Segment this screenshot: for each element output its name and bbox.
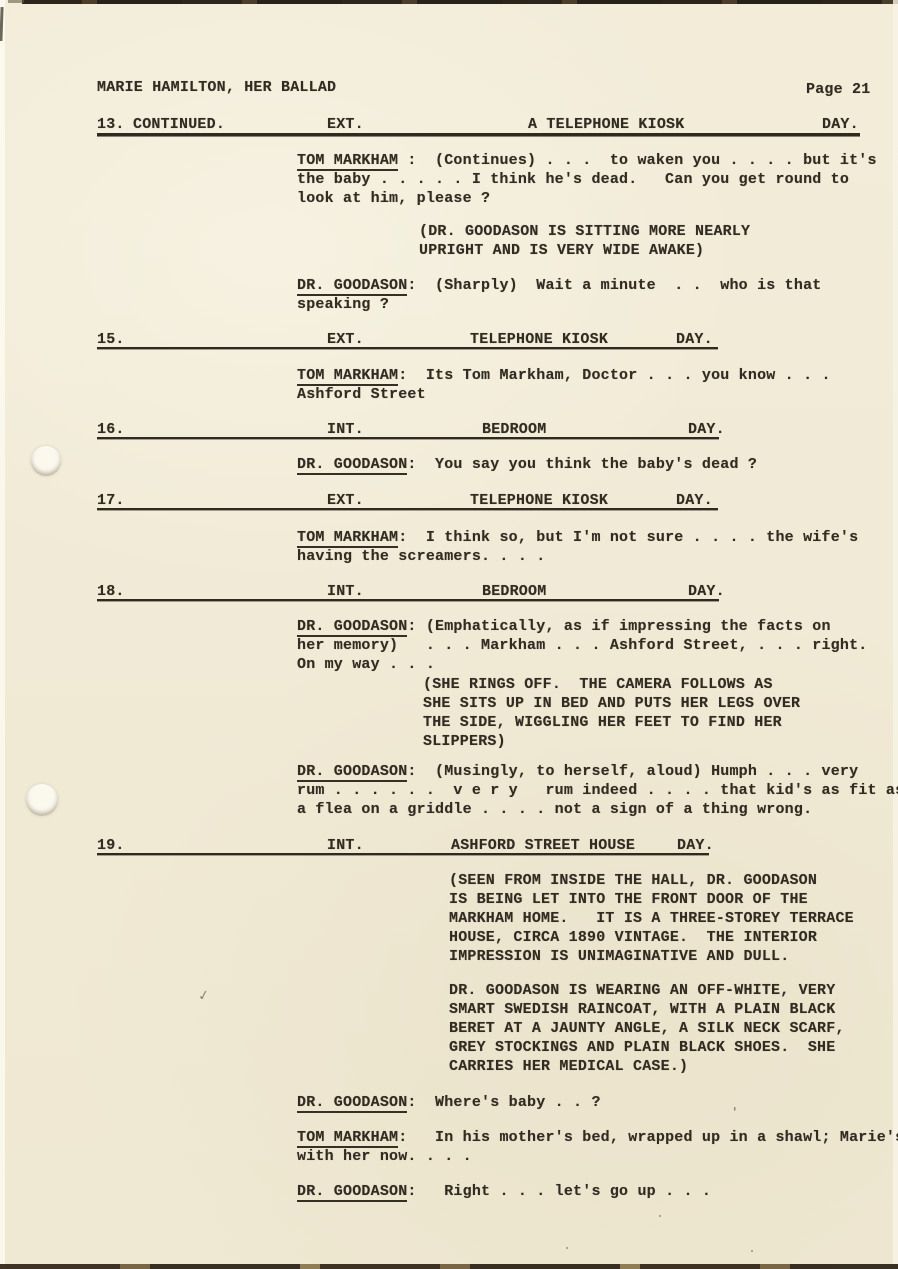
speaker-name: TOM MARKHAM xyxy=(297,1129,398,1148)
stage-direction: DR. GOODASON IS WEARING AN OFF-WHITE, VE… xyxy=(449,981,845,1076)
dialogue-line: Its Tom Markham, Doctor . . . you know .… xyxy=(426,367,831,384)
stage-direction-line: SMART SWEDISH RAINCOAT, WITH A PLAIN BLA… xyxy=(449,1000,845,1019)
stage-direction: (SHE RINGS OFF. THE CAMERA FOLLOWS AS SH… xyxy=(423,675,800,751)
scene-type: EXT. xyxy=(327,331,364,348)
pencil-check-mark: ✓ xyxy=(197,987,211,1005)
scene-type: INT. xyxy=(327,583,364,600)
scene-location: BEDROOM xyxy=(482,583,546,600)
stage-direction-line: (SEEN FROM INSIDE THE HALL, DR. GOODASON xyxy=(449,871,854,890)
dialogue-tom-markham: TOM MARKHAM : (Continues) . . . to waken… xyxy=(297,151,877,208)
script-page: MARIE HAMILTON, HER BALLAD Page 21 13. C… xyxy=(0,0,898,1269)
dialogue-line: You say you think the baby's dead ? xyxy=(435,456,757,473)
scene-number: 16. xyxy=(97,421,125,438)
scene-type: INT. xyxy=(327,421,364,438)
dialogue-line: (Emphatically, as if impressing the fact… xyxy=(426,618,831,635)
hole-punch xyxy=(26,784,58,816)
dialogue-line: On my way . . . xyxy=(297,655,868,674)
dialogue-tom-markham: TOM MARKHAM: In his mother's bed, wrappe… xyxy=(297,1128,898,1166)
speaker-colon: : xyxy=(407,456,435,473)
speaker-name: DR. GOODASON xyxy=(297,763,407,782)
scan-edge-left xyxy=(0,0,5,1269)
dialogue-line: with her now. . . . xyxy=(297,1147,898,1166)
scene-time: DAY. xyxy=(676,492,713,509)
stage-direction-line: SLIPPERS) xyxy=(423,732,800,751)
speaker-name: DR. GOODASON xyxy=(297,1183,407,1202)
scene-number: 18. xyxy=(97,583,125,600)
stage-direction-line: BERET AT A JAUNTY ANGLE, A SILK NECK SCA… xyxy=(449,1019,845,1038)
dialogue-line: Right . . . let's go up . . . xyxy=(444,1183,711,1200)
stage-direction-line: (SHE RINGS OFF. THE CAMERA FOLLOWS AS xyxy=(423,675,800,694)
dialogue-line: Ashford Street xyxy=(297,385,831,404)
page-number: Page 21 xyxy=(806,80,870,99)
speaker-name: TOM MARKHAM xyxy=(297,367,398,386)
stage-direction-line: UPRIGHT AND IS VERY WIDE AWAKE) xyxy=(419,241,750,260)
dialogue-line: I think so, but I'm not sure . . . . the… xyxy=(426,529,858,546)
paper-speck xyxy=(659,1215,661,1217)
speaker-colon: : xyxy=(398,1129,435,1146)
dialogue-tom-markham: TOM MARKHAM: Its Tom Markham, Doctor . .… xyxy=(297,366,831,404)
speaker-name: DR. GOODASON xyxy=(297,277,407,296)
stage-direction-line: (DR. GOODASON IS SITTING MORE NEARLY xyxy=(419,222,750,241)
dialogue-dr-goodason: DR. GOODASON: (Musingly, to herself, alo… xyxy=(297,762,898,819)
scene-number: 15. xyxy=(97,331,125,348)
scene-location: TELEPHONE KIOSK xyxy=(470,492,608,509)
stage-direction-line: SHE SITS UP IN BED AND PUTS HER LEGS OVE… xyxy=(423,694,800,713)
speaker-name: TOM MARKHAM xyxy=(297,152,398,171)
scene-continued-label: CONTINUED. xyxy=(133,116,225,133)
speaker-name: DR. GOODASON xyxy=(297,456,407,475)
scan-edge-right xyxy=(893,0,898,1269)
dialogue-line: (Musingly, to herself, aloud) Humph . . … xyxy=(435,763,858,780)
dialogue-line: (Continues) . . . to waken you . . . . b… xyxy=(435,152,877,169)
stage-direction-line: IS BEING LET INTO THE FRONT DOOR OF THE xyxy=(449,890,854,909)
speaker-colon: : xyxy=(407,1183,444,1200)
scene-type: EXT. xyxy=(327,492,364,509)
stage-direction: (SEEN FROM INSIDE THE HALL, DR. GOODASON… xyxy=(449,871,854,966)
scene-time: DAY. xyxy=(822,116,859,133)
scene-heading-rule xyxy=(97,347,718,349)
dialogue-line: her memory) . . . Markham . . . Ashford … xyxy=(297,636,868,655)
speaker-name: DR. GOODASON xyxy=(297,618,407,637)
scene-number: 19. xyxy=(97,837,125,854)
scene-time: DAY. xyxy=(688,583,725,600)
dialogue-line: (Sharply) Wait a minute . . who is that xyxy=(435,277,821,294)
scene-location: TELEPHONE KIOSK xyxy=(470,331,608,348)
dialogue-line: having the screamers. . . . xyxy=(297,547,858,566)
scene-type: INT. xyxy=(327,837,364,854)
scene-type: EXT. xyxy=(327,116,364,133)
scene-heading-rule xyxy=(97,853,709,855)
scan-edge-top xyxy=(22,0,898,4)
speaker-colon: : xyxy=(407,763,435,780)
scene-heading-rule xyxy=(97,599,719,601)
stage-direction: (DR. GOODASON IS SITTING MORE NEARLY UPR… xyxy=(419,222,750,260)
stage-direction-line: THE SIDE, WIGGLING HER FEET TO FIND HER xyxy=(423,713,800,732)
scene-number: 13. xyxy=(97,116,125,133)
scene-location: BEDROOM xyxy=(482,421,546,438)
speaker-name: TOM MARKHAM xyxy=(297,529,398,548)
paper-speck xyxy=(566,1247,568,1249)
speaker-colon: : xyxy=(407,618,425,635)
stage-direction-line: DR. GOODASON IS WEARING AN OFF-WHITE, VE… xyxy=(449,981,845,1000)
page-header-title: MARIE HAMILTON, HER BALLAD xyxy=(97,78,336,97)
stage-direction-line: GREY STOCKINGS AND PLAIN BLACK SHOES. SH… xyxy=(449,1038,845,1057)
scene-location: ASHFORD STREET HOUSE xyxy=(451,837,635,854)
dialogue-dr-goodason: DR. GOODASON: You say you think the baby… xyxy=(297,455,757,474)
dialogue-line: the baby . . . . . I think he's dead. Ca… xyxy=(297,170,877,189)
dialogue-line: look at him, please ? xyxy=(297,189,877,208)
scene-number: 17. xyxy=(97,492,125,509)
stage-direction-line: MARKHAM HOME. IT IS A THREE-STOREY TERRA… xyxy=(449,909,854,928)
dialogue-line: In his mother's bed, wrapped up in a sha… xyxy=(435,1129,898,1146)
speaker-colon: : xyxy=(407,277,435,294)
scan-edge-bottom xyxy=(0,1264,898,1269)
hole-punch xyxy=(31,446,61,476)
scene-heading-rule xyxy=(97,508,718,510)
stage-direction-line: CARRIES HER MEDICAL CASE.) xyxy=(449,1057,845,1076)
scene-location: A TELEPHONE KIOSK xyxy=(528,116,684,133)
dialogue-line: a flea on a griddle . . . . not a sign o… xyxy=(297,800,898,819)
speaker-colon: : xyxy=(398,152,435,169)
scan-edge-top-smudge xyxy=(8,0,24,3)
scene-time: DAY. xyxy=(677,837,714,854)
paper-speck xyxy=(751,1250,753,1252)
speaker-colon: : xyxy=(398,367,426,384)
dialogue-dr-goodason: DR. GOODASON: Where's baby . . ? xyxy=(297,1093,601,1112)
speaker-name: DR. GOODASON xyxy=(297,1094,407,1113)
scene-heading-rule xyxy=(97,133,860,136)
dialogue-line: rum . . . . . . v e r y rum indeed . . .… xyxy=(297,781,898,800)
dialogue-tom-markham: TOM MARKHAM: I think so, but I'm not sur… xyxy=(297,528,858,566)
dialogue-line: Where's baby . . ? xyxy=(435,1094,601,1111)
dialogue-dr-goodason: DR. GOODASON: (Emphatically, as if impre… xyxy=(297,617,868,674)
scene-heading-rule xyxy=(97,437,719,439)
dialogue-line: speaking ? xyxy=(297,295,822,314)
dialogue-dr-goodason: DR. GOODASON: (Sharply) Wait a minute . … xyxy=(297,276,822,314)
scene-time: DAY. xyxy=(688,421,725,438)
speaker-colon: : xyxy=(407,1094,435,1111)
stage-direction-line: IMPRESSION IS UNIMAGINATIVE AND DULL. xyxy=(449,947,854,966)
dialogue-dr-goodason: DR. GOODASON: Right . . . let's go up . … xyxy=(297,1182,711,1201)
stage-direction-line: HOUSE, CIRCA 1890 VINTAGE. THE INTERIOR xyxy=(449,928,854,947)
speaker-colon: : xyxy=(398,529,426,546)
scene-time: DAY. xyxy=(676,331,713,348)
stray-tick-mark: ' xyxy=(733,1106,737,1121)
